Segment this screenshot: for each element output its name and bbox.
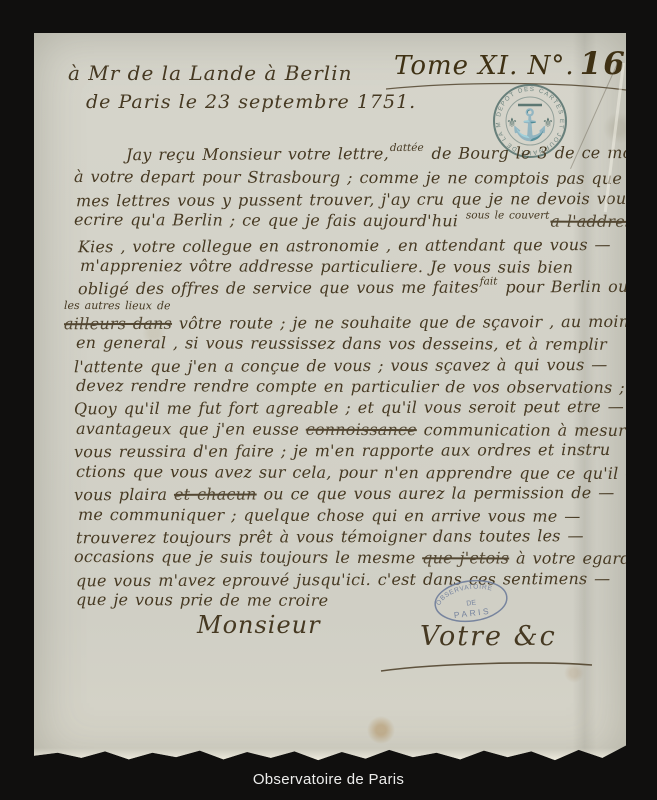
- letter-line: trouverez toujours prêt à vous témoigner…: [76, 525, 657, 549]
- signature-flourish: [379, 659, 594, 675]
- letter-line: mes lettres vous y pussent trouver, j'ay…: [76, 188, 657, 212]
- interline-insertion: sous le couvert: [466, 210, 550, 222]
- letter-text: de Bourg le 3 de ce mois —: [425, 143, 657, 163]
- letter-line: Quoy qu'il me fut fort agreable ; et qu'…: [74, 396, 657, 420]
- anchor-icon: ⚓: [511, 107, 548, 143]
- letter-text: vous plaira: [74, 485, 174, 504]
- letter-text: les autres lieux de: [64, 299, 171, 312]
- torn-edge: [34, 748, 626, 763]
- interline-insertion: dattée: [390, 142, 424, 154]
- letter-line: me communiquer ; quelque chose qui en ar…: [78, 503, 657, 526]
- interline-insertion: fait: [480, 276, 498, 288]
- letter-text: vous reussira d'en faire ; je m'en rappo…: [74, 440, 610, 461]
- letter-text: trouverez toujours prêt à vous témoigner…: [76, 526, 584, 547]
- letter-text: me communiquer ; quelque chose qui en ar…: [78, 504, 581, 525]
- letter-text: ou ce que vous aurez la permission de —: [257, 483, 615, 504]
- letter-body: Jay reçu Monsieur votre lettre,dattée de…: [74, 143, 657, 612]
- struck-text: ailleurs dans: [64, 314, 172, 333]
- letter-line: occasions que je suis toujours le mesme …: [74, 546, 657, 569]
- struck-text: a l'addresse: [550, 212, 651, 231]
- letter-text: devez rendre rendre compte en particulie…: [76, 376, 625, 397]
- letter-text: ctions que vous avez sur cela, pour n'en…: [76, 462, 642, 483]
- letter-line: m'appreniez vôtre addresse particuliere.…: [80, 255, 657, 278]
- closing-monsieur: Monsieur: [197, 611, 321, 639]
- letter-line: l'attente que j'en a conçue de vous ; vo…: [74, 353, 657, 377]
- letter-text: communication à mesure qu'il —: [417, 420, 657, 440]
- oval-stamp-middle-text: DE: [466, 599, 477, 607]
- letter-text: que je vous prie de me croire: [76, 590, 328, 610]
- photo-caption: Observatoire de Paris: [0, 771, 657, 788]
- manuscript-page: Tome XI. N°. 162. à Mr de la Lande à Ber…: [34, 33, 626, 763]
- letter-text: obligé des offres de service que vous me…: [78, 278, 479, 299]
- letter-text: Jay reçu Monsieur votre lettre,: [126, 144, 389, 164]
- letter-line: Jay reçu Monsieur votre lettre,dattée de…: [126, 142, 657, 169]
- letter-text: de Mr: [651, 212, 657, 231]
- svg-text:OBSERVATOIRE: OBSERVATOIRE: [433, 581, 495, 607]
- letter-text: mes lettres vous y pussent trouver, j'ay…: [76, 189, 657, 211]
- struck-text: connoissance: [306, 420, 417, 439]
- archive-number-value: 162.: [580, 46, 657, 82]
- letter-line: vous reussira d'en faire ; je m'en rappo…: [74, 439, 657, 463]
- observatoire-stamp: OBSERVATOIRE DE PARIS: [429, 573, 512, 628]
- struck-text: que j'etois: [422, 549, 509, 568]
- oval-stamp-top-text: OBSERVATOIRE: [433, 581, 495, 607]
- letter-line: que vous m'avez eprouvé jusqu'ici. c'est…: [76, 567, 657, 591]
- letter-text: vôtre route ; je ne souhaite que de sçav…: [172, 312, 657, 333]
- letter-line: que je vous prie de me croire: [76, 589, 657, 612]
- letter-line: ecrire qu'a Berlin ; ce que je fais aujo…: [74, 209, 657, 235]
- struck-text: et chacun: [174, 485, 257, 504]
- letter-text: l'attente que j'en a conçue de vous ; vo…: [74, 355, 608, 376]
- archive-tome-text: Tome XI. N°.: [394, 51, 575, 81]
- letter-text: m'appreniez vôtre addresse particuliere.…: [80, 256, 573, 277]
- letter-line: ailleurs dans vôtre route ; je ne souhai…: [64, 311, 657, 335]
- letter-text: Quoy qu'il me fut fort agreable ; et qu'…: [74, 397, 624, 418]
- letter-text: avantageux que j'en eusse: [76, 419, 306, 439]
- letter-line: vous plaira et chacun ou ce que vous aur…: [74, 482, 657, 506]
- date-line: de Paris le 23 septembre 1751.: [86, 91, 416, 113]
- letter-line: ctions que vous avez sur cela, pour n'en…: [76, 461, 657, 484]
- letter-text: en general , si vous reussissez dans vos…: [76, 333, 607, 354]
- letter-text: que vous m'avez eprouvé jusqu'ici. c'est…: [76, 569, 610, 590]
- letter-line: en general , si vous reussissez dans vos…: [76, 332, 657, 355]
- letter-text: à votre depart pour Strasbourg ; comme j…: [74, 167, 645, 188]
- letter-text: Kies , votre collegue en astronomie , en…: [78, 235, 611, 256]
- letter-line: Kies , votre collegue en astronomie , en…: [78, 233, 657, 257]
- letter-text: ecrire qu'a Berlin ; ce que je fais aujo…: [74, 210, 465, 230]
- letter-line: avantageux que j'en eusse connoissance c…: [76, 418, 657, 441]
- photo-frame: Tome XI. N°. 162. à Mr de la Lande à Ber…: [0, 0, 657, 800]
- address-line: à Mr de la Lande à Berlin: [68, 61, 352, 85]
- letter-text: pour Berlin ou —: [498, 277, 651, 297]
- letter-line: à votre depart pour Strasbourg ; comme j…: [74, 166, 657, 189]
- letter-text: à votre egard: [509, 549, 631, 568]
- letter-line: devez rendre rendre compte en particulie…: [76, 375, 657, 398]
- letter-text: occasions que je suis toujours le mesme: [74, 547, 422, 567]
